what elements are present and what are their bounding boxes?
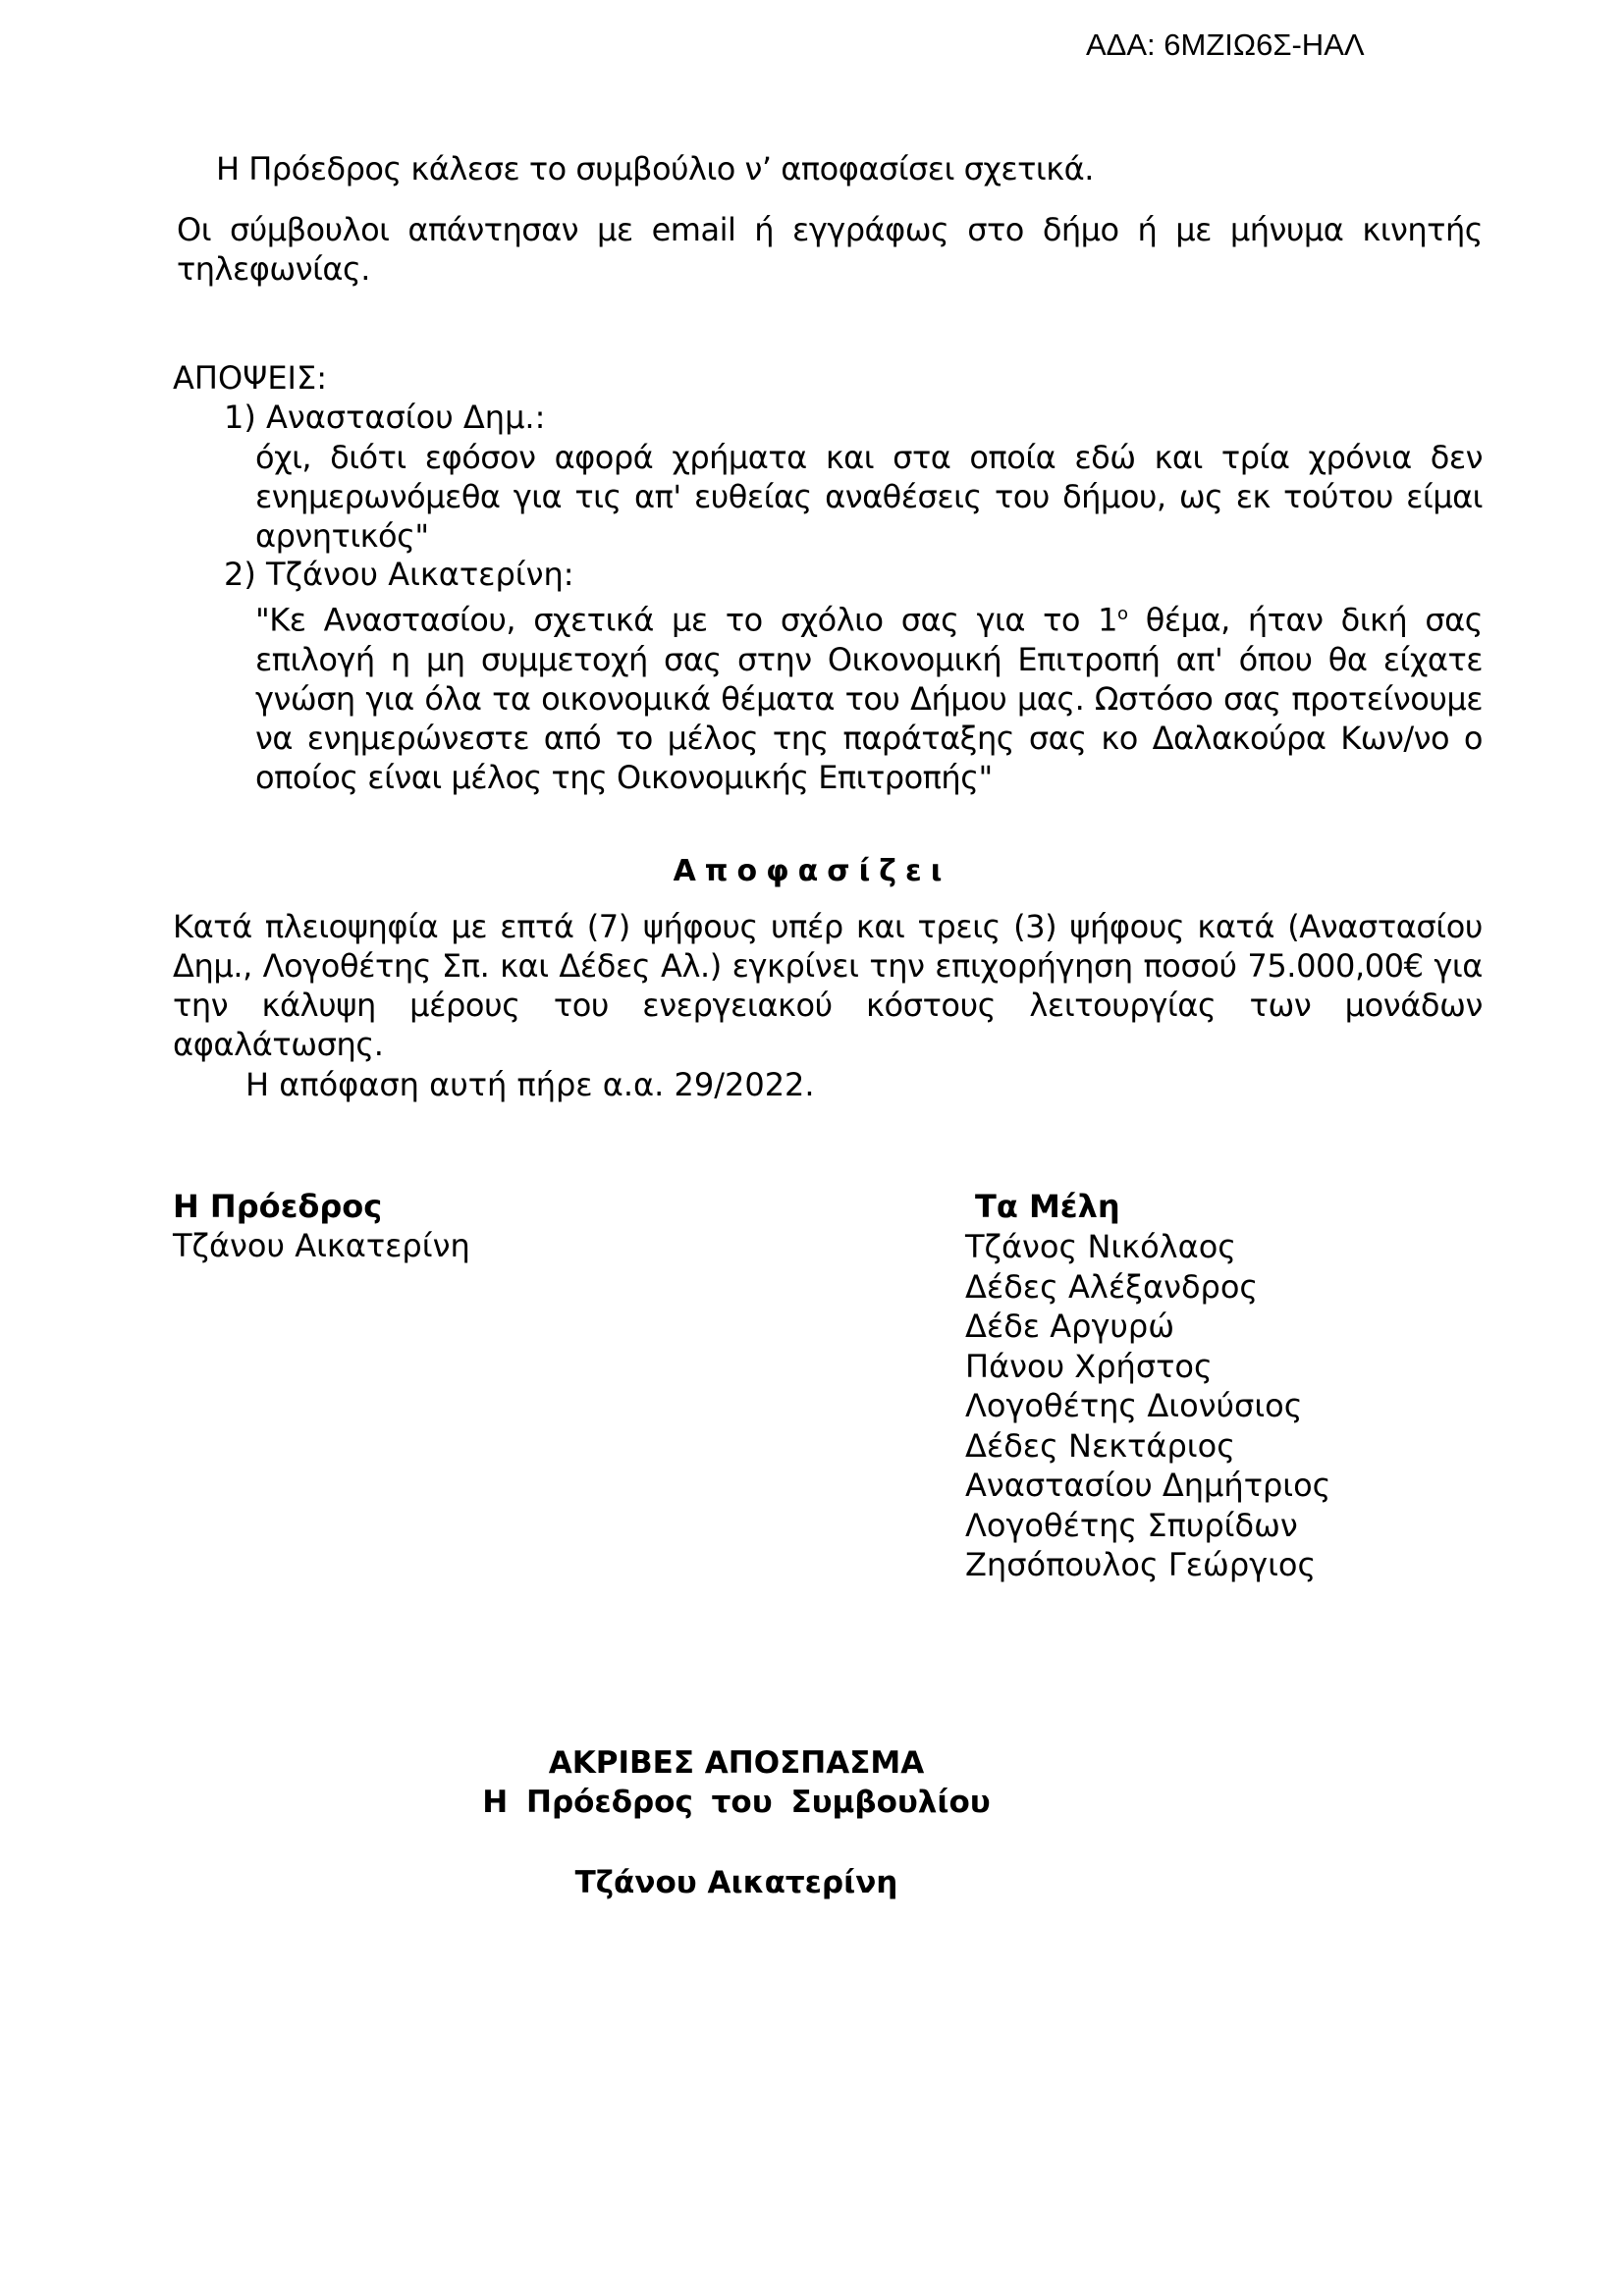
council-president-name: Τζάνου Αικατερίνη	[0, 1865, 1473, 1900]
certified-extract-title: ΑΚΡΙΒΕΣ ΑΠΟΣΠΑΣΜΑ	[0, 1745, 1473, 1781]
member-name: Ζησόπουλος Γεώργιος	[965, 1545, 1330, 1585]
member-name: Λογοθέτης Διονύσιος	[965, 1386, 1330, 1426]
member-name: Δέδε Αργυρώ	[965, 1307, 1330, 1347]
member-name: Λογοθέτης Σπυρίδων	[965, 1506, 1330, 1546]
president-name: Τζάνου Αικατερίνη	[173, 1227, 470, 1264]
president-title: Η Πρόεδρος	[173, 1188, 382, 1225]
opinion-1-label: 1) Αναστασίου Δημ.:	[224, 399, 545, 436]
decision-text: Κατά πλειοψηφία με επτά (7) ψήφους υπέρ …	[173, 907, 1483, 1064]
opinion-1-text: όχι, διότι εφόσον αφορά χρήματα και στα …	[255, 438, 1483, 556]
intro-line-2: Οι σύμβουλοι απάντησαν με email ή εγγράφ…	[177, 210, 1483, 289]
members-title: Τα Μέλη	[975, 1188, 1120, 1225]
council-president-title: Η Πρόεδρος του Συμβουλίου	[0, 1785, 1473, 1820]
opinion-2-text: "Κε Αναστασίου, σχετικά με το σχόλιο σας…	[255, 595, 1483, 797]
member-name: Αναστασίου Δημήτριος	[965, 1466, 1330, 1506]
opinion-2-label: 2) Τζάνου Αικατερίνη:	[224, 556, 574, 593]
member-name: Τζάνος Νικόλαος	[965, 1227, 1330, 1267]
member-name: Δέδες Νεκτάριος	[965, 1426, 1330, 1467]
decision-number: Η απόφαση αυτή πήρε α.α. 29/2022.	[245, 1066, 815, 1103]
ada-code: ΑΔΑ: 6ΜΖΙΩ6Σ-ΗΑΛ	[1086, 27, 1365, 63]
members-list: Τζάνος Νικόλαος Δέδες Αλέξανδρος Δέδε Αρ…	[965, 1227, 1330, 1585]
decision-heading: Αποφασίζει	[0, 854, 1624, 888]
member-name: Δέδες Αλέξανδρος	[965, 1267, 1330, 1308]
intro-line-1: Η Πρόεδρος κάλεσε το συμβούλιο ν’ αποφασ…	[216, 149, 1522, 188]
opinions-heading: ΑΠΟΨΕΙΣ:	[173, 359, 327, 397]
member-name: Πάνου Χρήστος	[965, 1347, 1330, 1387]
